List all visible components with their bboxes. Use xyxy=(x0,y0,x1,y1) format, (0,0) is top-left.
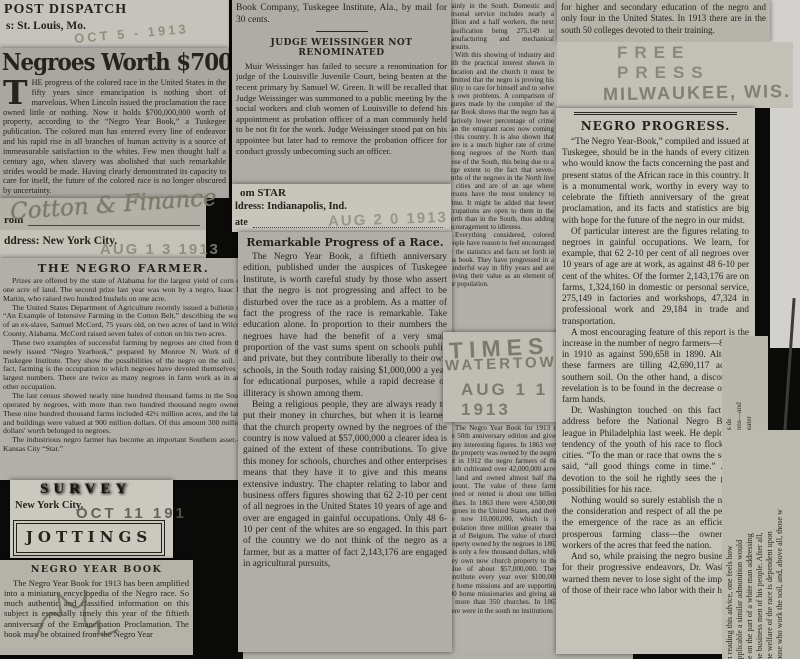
clipping-column4: mainly in the South. Domestic and person… xyxy=(443,0,557,332)
paragraph: The Negro Year Book, a fiftieth annivers… xyxy=(243,252,447,400)
date-stamp-oct11: OCT 11 191 xyxy=(76,505,187,522)
headline-judge-weissinger: JUDGE WEISSINGER NOT RENOMINATED xyxy=(232,36,451,61)
clipping-right-intro: for higher and secondary education of th… xyxy=(557,0,770,42)
book-company-line: Book Company, Tuskegee Institute, Ala., … xyxy=(232,0,451,27)
paragraph: These two examples of successful farming… xyxy=(3,339,244,392)
paragraph: Of particular interest are the figures r… xyxy=(562,226,749,327)
paragraph: Being a religious people, they are alway… xyxy=(243,400,447,571)
headline-negroes-worth: Negroes Worth $700,000,000 xyxy=(0,48,213,78)
headline-negro-farmer: THE NEGRO FARMER. xyxy=(0,258,247,277)
rotated-line: applicable a similar admonition would xyxy=(735,434,744,659)
scrapbook-page: POST DISPATCH s: St. Louis, Mo. OCT 5 - … xyxy=(0,0,800,659)
rotated-line: the welfare of the race is dependent upo… xyxy=(765,434,774,659)
paragraph: Prizes are offered by the state of Alaba… xyxy=(3,277,244,304)
stamp-milwaukee: MILWAUKEE, WIS. xyxy=(557,81,793,106)
paragraph: The United States Department of Agricult… xyxy=(3,304,244,339)
drop-cap: T xyxy=(3,78,32,106)
paragraph: With this showing of industry and with t… xyxy=(446,51,554,231)
paragraph: The industrious negro farmer has become … xyxy=(3,436,244,454)
paragraph: Everything considered, colored people ha… xyxy=(446,231,554,288)
from-star-line: om STAR xyxy=(232,184,451,199)
date-label: ate xyxy=(235,217,248,228)
stamp-free-press: FREE PRESS xyxy=(557,42,793,83)
paragraph: And so, while praising the negro busines… xyxy=(562,551,749,596)
paragraph: mainly in the South. Domestic and person… xyxy=(446,2,554,51)
rotated-line: those who work the soil, and, above all,… xyxy=(775,434,784,659)
clipping-negro-farmer: THE NEGRO FARMER. Prizes are offered by … xyxy=(0,258,247,480)
article-body: HE progress of the colored race in the U… xyxy=(3,78,226,196)
divider-rule xyxy=(316,31,368,32)
clipping-remarkable-progress: Remarkable Progress of a Race. The Negro… xyxy=(238,232,452,652)
headline-negro-progress: NEGRO PROGRESS. xyxy=(574,112,737,136)
article-body: for higher and secondary education of th… xyxy=(557,0,770,38)
clipping-rotated-b: In reading this advice, one feels how ap… xyxy=(722,430,800,659)
rotated-line: the business men of his people. After al… xyxy=(755,434,764,659)
rotated-line: be on the part of a white man addressing xyxy=(745,434,754,659)
paragraph: A most encouraging feature of this repor… xyxy=(562,327,749,406)
paragraph: Nothing would so surely establish the ne… xyxy=(562,495,749,551)
masthead-post-dispatch: POST DISPATCH xyxy=(0,0,229,18)
jottings-frame: JOTTINGS xyxy=(13,520,165,556)
headline-remarkable-progress: Remarkable Progress of a Race. xyxy=(238,232,452,252)
stamp-band: FREE PRESS MILWAUKEE, WIS. SEP 4 1913 xyxy=(557,42,793,108)
paragraph: Dr. Washington touched on this fact in a… xyxy=(562,405,749,495)
clipping-year-book-1913: The Negro Year Book for 1913 is the 50th… xyxy=(443,422,561,652)
paragraph: The last census showed nearly nine hundr… xyxy=(3,392,244,436)
masthead-survey: SURVEY xyxy=(10,480,173,498)
date-stamp-aug13: AUG 1 3 1913 xyxy=(100,241,220,258)
headline-negro-year-book: NEGRO YEAR BOOK xyxy=(0,560,193,578)
clipping-negroes-worth: Negroes Worth $700,000,000 T HE progress… xyxy=(0,48,229,198)
paragraph: “The Negro Year-Book,” compiled and issu… xyxy=(562,136,749,226)
clipping-negro-year-book: NEGRO YEAR BOOK The Negro Year Book for … xyxy=(0,560,193,655)
article-body: Muir Weissinger has failed to secure a r… xyxy=(232,61,451,156)
clipping-judge-weissinger: Book Company, Tuskegee Institute, Ala., … xyxy=(232,0,451,184)
handwriting-scribble xyxy=(25,578,135,648)
article-body: The Negro Year Book for 1913 is the 50th… xyxy=(443,422,561,617)
rotated-line: In reading this advice, one feels how xyxy=(725,434,734,659)
